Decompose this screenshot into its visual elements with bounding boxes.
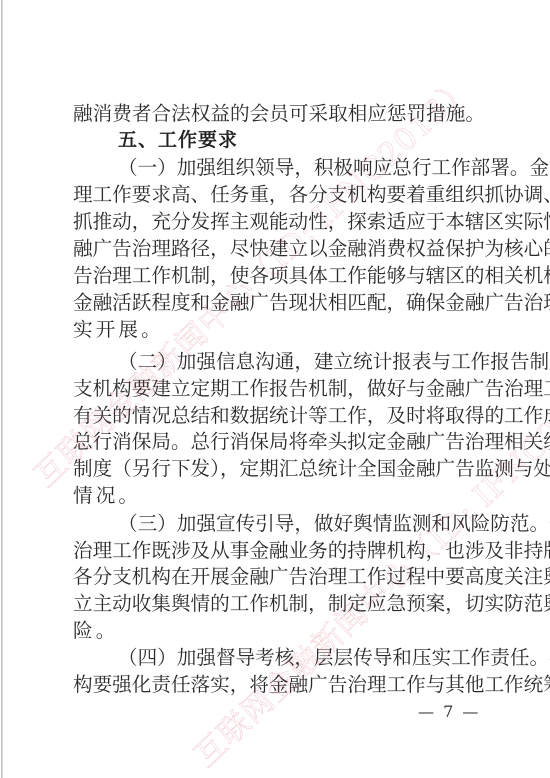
text-line: 支机构要建立定期工作报告机制，做好与金融广告治理工作开展 [73, 375, 485, 402]
text-line: 制度（另行下发），定期汇总统计全国金融广告监测与处理相关 [73, 455, 485, 482]
text-line: 各分支机构在开展金融广告治理工作过程中要高度关注舆情，建 [73, 563, 485, 590]
text-line: 构要强化责任落实，将金融广告治理工作与其他工作统筹考虑， [73, 671, 485, 698]
paragraph-2-start: （二）加强信息沟通，建立统计报表与工作报告制度。各分 [118, 348, 485, 375]
text-line: 融广告治理路径，尽快建立以金融消费权益保护为核心的金融广 [73, 235, 485, 262]
text-line: 情况。 [73, 482, 141, 509]
page-edge [1, 0, 3, 778]
section-heading: 五、工作要求 [118, 127, 238, 154]
text-line: 治理工作既涉及从事金融业务的持牌机构，也涉及非持牌机构。 [73, 537, 485, 564]
paragraph-3-start: （三）加强宣传引导，做好舆情监测和风险防范。金融广告 [118, 510, 485, 537]
text-line: 告治理工作机制，使各项具体工作能够与辖区的相关机构数量、 [73, 262, 485, 289]
text-line: 金融活跃程度和金融广告现状相匹配，确保金融广告治理工作扎 [73, 289, 485, 316]
text-line: 立主动收集舆情的工作机制，制定应急预案，切实防范舆论风 [73, 590, 485, 617]
page-number: — 7 — [418, 700, 480, 724]
paragraph-1-start: （一）加强组织领导，积极响应总行工作部署。金融广告治 [118, 154, 485, 181]
text-line: 融消费者合法权益的会员可采取相应惩罚措施。 [73, 100, 485, 127]
text-line: 险。 [73, 617, 118, 644]
paragraph-4-start: （四）加强督导考核，层层传导和压实工作责任。各分支机 [118, 644, 485, 671]
text-line: 实开展。 [73, 316, 164, 343]
text-line: 有关的情况总结和数据统计等工作，及时将取得的工作成果报送 [73, 402, 485, 429]
text-line: 抓推动，充分发挥主观能动性，探索适应于本辖区实际情况的金 [73, 208, 485, 235]
text-line: 总行消保局。总行消保局将牵头拟定金融广告治理相关统计报表 [73, 428, 485, 455]
text-line: 理工作要求高、任务重，各分支机构要着重组织抓协调、抓研究、 [73, 181, 485, 208]
